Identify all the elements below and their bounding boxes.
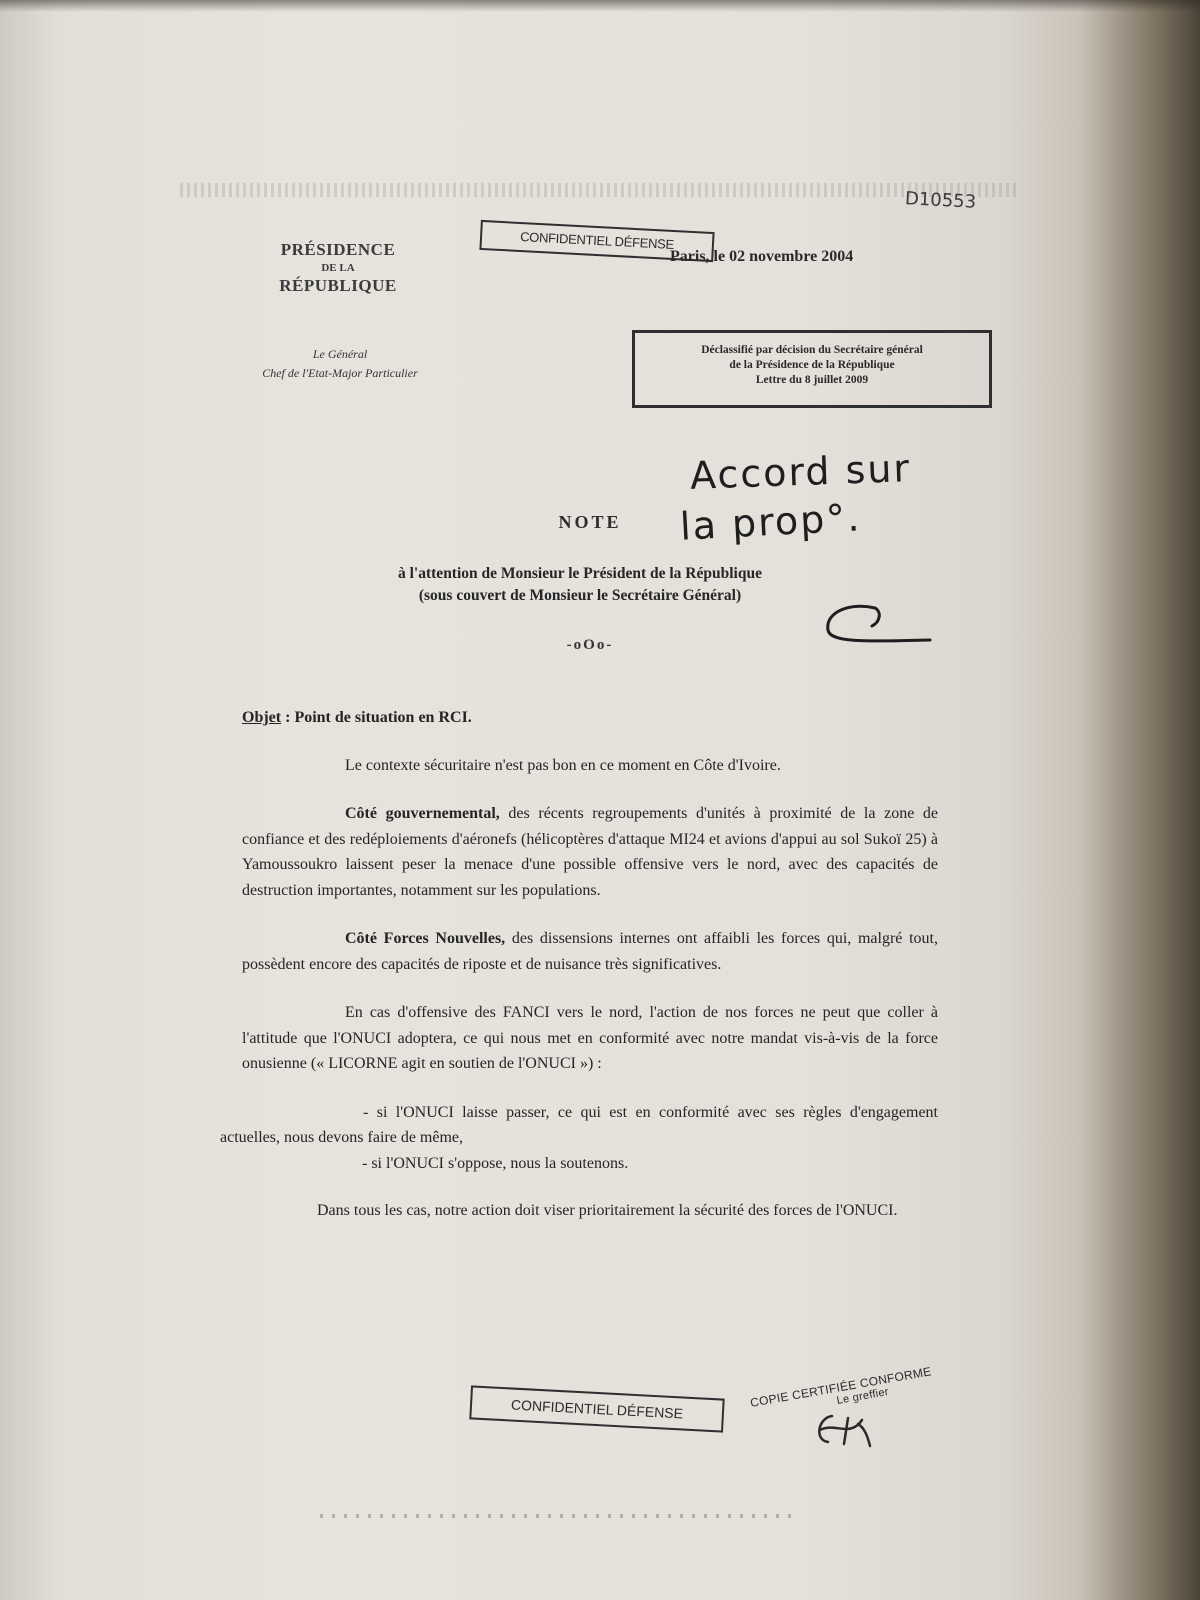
declassification-line-3: Lettre du 8 juillet 2009 xyxy=(635,373,989,388)
bullet-item: - si l'ONUCI laisse passer, ce qui est e… xyxy=(220,1100,938,1151)
handwritten-annotation-line-2: la prop°. xyxy=(679,495,862,548)
declassification-line-2: de la Présidence de la République xyxy=(635,358,989,373)
place-date: Paris, le 02 novembre 2004 xyxy=(670,248,853,266)
attention-line-2: (sous couvert de Monsieur le Secrétaire … xyxy=(300,585,860,607)
paragraph-government: Côté gouvernemental, des récents regroup… xyxy=(242,801,938,903)
letterhead-line-1: PRÉSIDENCE xyxy=(258,240,418,260)
reference-number: D10553 xyxy=(904,188,976,213)
declassification-line-1: Déclassifié par décision du Secrétaire g… xyxy=(635,343,989,358)
paragraph-forces-nouvelles: Côté Forces Nouvelles, des dissensions i… xyxy=(242,926,938,977)
separator: -oOo- xyxy=(500,637,680,654)
letterhead-line-2: DE LA xyxy=(258,262,418,274)
sender-title: Chef de l'Etat-Major Particulier xyxy=(225,364,455,383)
note-body: Objet : Point de situation en RCI. Le co… xyxy=(242,705,938,1247)
letterhead-line-3: RÉPUBLIQUE xyxy=(258,276,418,296)
note-title: NOTE xyxy=(500,512,680,533)
binder-shadow xyxy=(0,0,1200,12)
bullet-item: - si l'ONUCI s'oppose, nous la soutenons… xyxy=(242,1151,938,1177)
handwritten-annotation-line-1: Accord sur xyxy=(689,446,911,498)
paragraph-lead: Côté Forces Nouvelles, xyxy=(345,930,505,947)
classification-stamp-bottom: CONFIDENTIEL DÉFENSE xyxy=(469,1385,724,1432)
subject-label: Objet xyxy=(242,709,281,726)
paragraph-lead: Côté gouvernemental, xyxy=(345,805,500,822)
handwritten-signature-icon xyxy=(820,600,940,650)
paragraph-offensive: En cas d'offensive des FANCI vers le nor… xyxy=(242,1000,938,1077)
attention-block: à l'attention de Monsieur le Président d… xyxy=(300,563,860,607)
subject-text: : Point de situation en RCI. xyxy=(281,709,472,726)
bullet-list: - si l'ONUCI laisse passer, ce qui est e… xyxy=(242,1100,938,1177)
photographed-document-page: D10553 PRÉSIDENCE DE LA RÉPUBLIQUE Le Gé… xyxy=(0,0,1200,1600)
closing-paragraph: Dans tous les cas, notre action doit vis… xyxy=(214,1198,938,1224)
paragraph-context: Le contexte sécuritaire n'est pas bon en… xyxy=(242,753,938,779)
letterhead: PRÉSIDENCE DE LA RÉPUBLIQUE xyxy=(258,240,418,296)
subject-line: Objet : Point de situation en RCI. xyxy=(242,705,938,731)
attention-line-1: à l'attention de Monsieur le Président d… xyxy=(300,563,860,585)
paragraph-text: En cas d'offensive des FANCI vers le nor… xyxy=(242,1004,938,1072)
declassification-box: Déclassifié par décision du Secrétaire g… xyxy=(632,330,992,408)
sender-block: Le Général Chef de l'Etat-Major Particul… xyxy=(225,345,455,383)
footer-noise xyxy=(320,1514,800,1518)
fax-header-noise xyxy=(180,183,1020,197)
sender-rank: Le Général xyxy=(225,345,455,364)
greffier-signature-icon xyxy=(810,1410,880,1450)
paragraph-text: Le contexte sécuritaire n'est pas bon en… xyxy=(345,757,781,774)
